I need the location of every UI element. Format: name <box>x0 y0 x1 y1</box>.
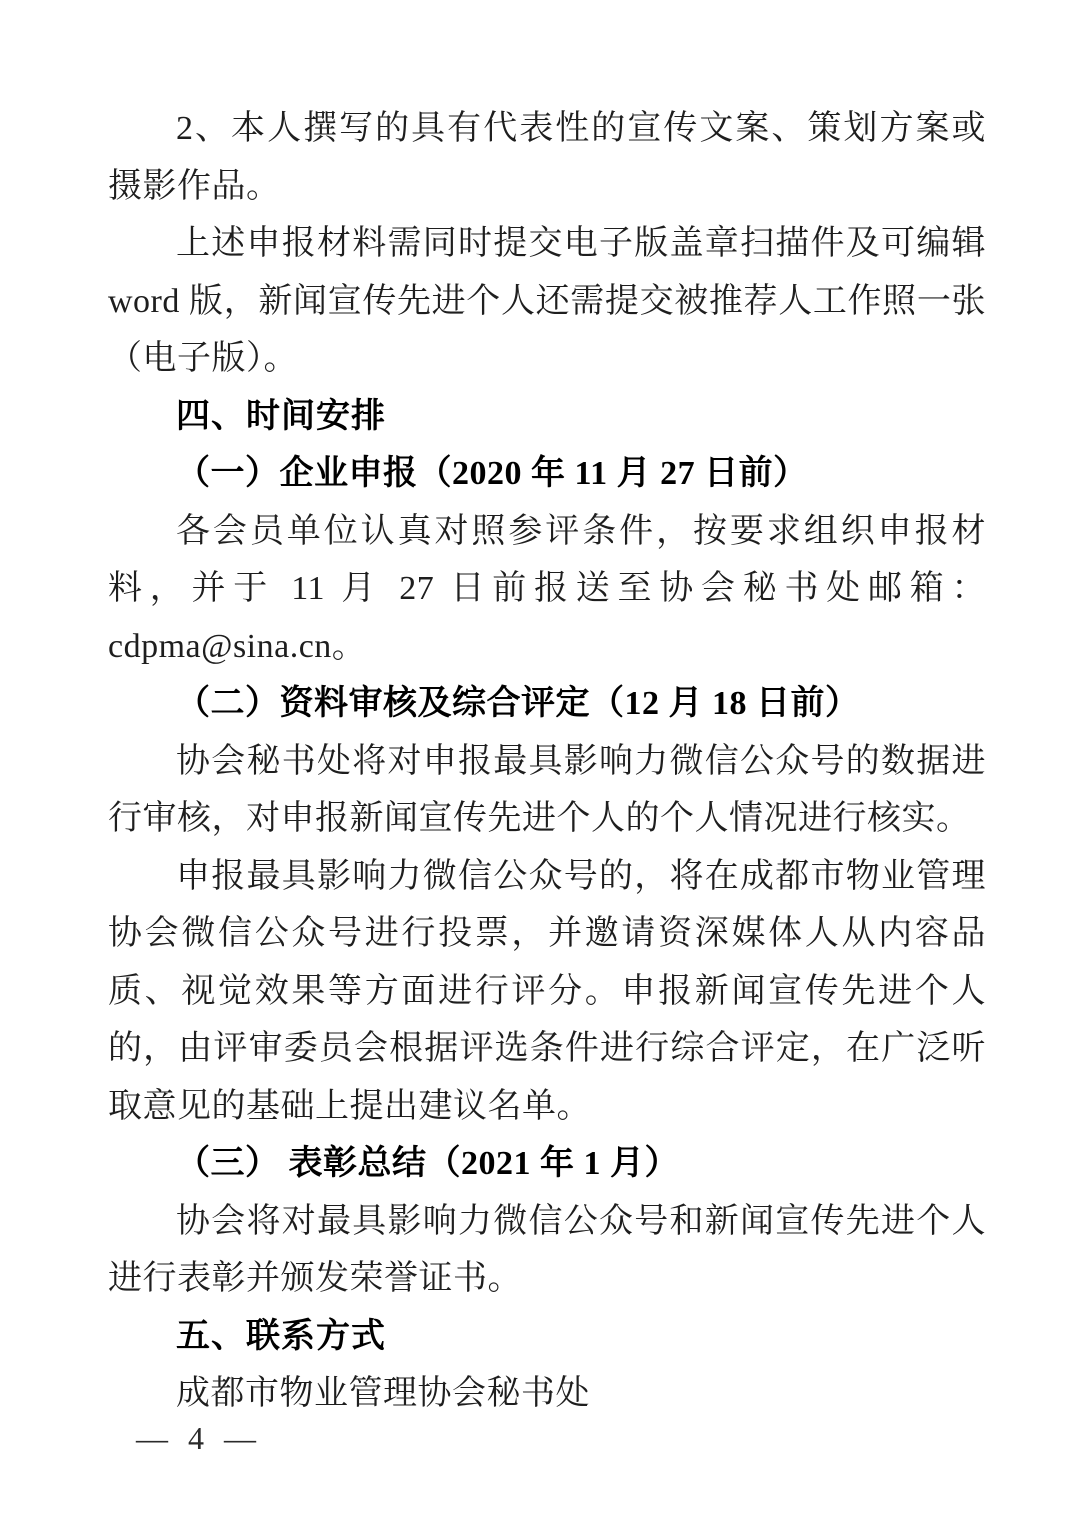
paragraph-commendation-detail: 协会将对最具影响力微信公众号和新闻宣传先进个人进行表彰并颁发荣誉证书。 <box>108 1193 986 1308</box>
paragraph-apply-instructions: 各会员单位认真对照参评条件，按要求组织申报材料，并于 11 月 27 日前报送至… <box>108 503 986 676</box>
subsection-enterprise-apply: （一）企业申报（2020 年 11 月 27 日前） <box>108 445 986 503</box>
paragraph-submission-note: 上述申报材料需同时提交电子版盖章扫描件及可编辑 word 版，新闻宣传先进个人还… <box>108 215 986 388</box>
section-heading-contact: 五、联系方式 <box>108 1308 986 1366</box>
page-number: — 4 — <box>136 1420 262 1457</box>
document-body: 2、本人撰写的具有代表性的宣传文案、策划方案或摄影作品。 上述申报材料需同时提交… <box>108 100 986 1423</box>
paragraph-materials-item2: 2、本人撰写的具有代表性的宣传文案、策划方案或摄影作品。 <box>108 100 986 215</box>
paragraph-voting-scoring: 申报最具影响力微信公众号的，将在成都市物业管理协会微信公众号进行投票，并邀请资深… <box>108 848 986 1136</box>
subsection-review-evaluation: （二）资料审核及综合评定（12 月 18 日前） <box>108 675 986 733</box>
document-page: 2、本人撰写的具有代表性的宣传文案、策划方案或摄影作品。 上述申报材料需同时提交… <box>0 0 1080 1527</box>
section-heading-schedule: 四、时间安排 <box>108 388 986 446</box>
subsection-commendation: （三） 表彰总结（2021 年 1 月） <box>108 1135 986 1193</box>
paragraph-review-detail: 协会秘书处将对申报最具影响力微信公众号的数据进行审核，对申报新闻宣传先进个人的个… <box>108 733 986 848</box>
paragraph-contact-office: 成都市物业管理协会秘书处 <box>108 1365 986 1423</box>
